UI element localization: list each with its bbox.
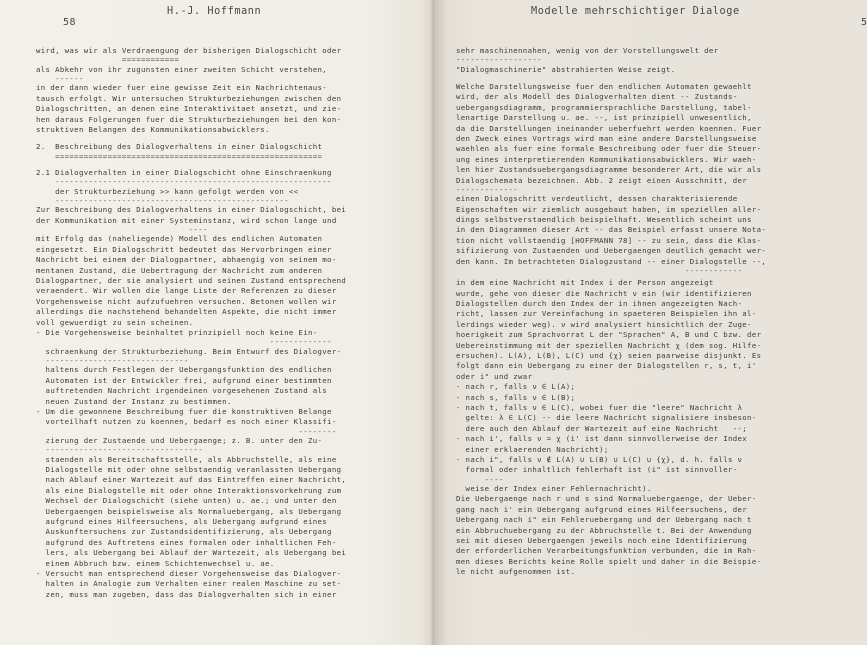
paragraph-spacer xyxy=(36,161,346,168)
text-line: - Um die gewonnene Beschreibung fuer die… xyxy=(36,407,346,417)
typed-underline: ---- xyxy=(36,226,346,234)
text-line: gang nach i' ein Uebergang aufgrund eine… xyxy=(456,505,766,515)
text-line: ersuchen). L(A), L(B), L(C) und {χ} seie… xyxy=(456,351,766,361)
text-line: lerdings wieder weg). ν wird analysiert … xyxy=(456,320,766,330)
text-line: ein Abbruchuebergang zu der Abbruchstell… xyxy=(456,526,766,536)
text-line: zen, muss man zugeben, dass das Dialogve… xyxy=(36,590,346,600)
text-line: Dialogpartner, der sie analysiert und se… xyxy=(36,276,346,286)
paragraph-spacer xyxy=(36,135,346,142)
page-number: 59 xyxy=(861,17,867,28)
text-line: lenartige Darstellung u. ae. --, ist pri… xyxy=(456,113,766,123)
text-line: oder i" und zwar xyxy=(456,372,766,382)
text-line: tion nicht vollstaendig [HOFFMANN 78] --… xyxy=(456,236,766,246)
text-line: einen Dialogschritt verdeutlicht, dessen… xyxy=(456,194,766,204)
typed-underline: -------- xyxy=(36,428,346,436)
text-line: halten in Analogie zum Verhalten einer r… xyxy=(36,579,346,589)
text-line: einem Abbruch bzw. einem Schichtenwechse… xyxy=(36,559,346,569)
text-line: waehlen als fuer eine formale Beschreibu… xyxy=(456,144,766,154)
page-number-left: 58 xyxy=(36,6,76,39)
text-line: in dem eine Nachricht mit Index i der Pe… xyxy=(456,278,766,288)
text-line: - nach t, falls ν ∈ L(C), wobei fuer die… xyxy=(456,403,766,413)
text-line: Dialogstellen durch den Index der in ihn… xyxy=(456,299,766,309)
typed-underline: ------ xyxy=(36,75,346,83)
text-line: in der dann wieder fuer eine gewisse Zei… xyxy=(36,83,346,93)
text-line: - Versucht man entsprechend dieser Vorge… xyxy=(36,569,346,579)
text-line: in den Diagrammen dieser Art -- das Beis… xyxy=(456,225,766,235)
page-number-right: 59 xyxy=(834,6,867,39)
text-line: weise der Index einer Fehlernachricht). xyxy=(456,484,766,494)
typed-underline: ----------------------------------------… xyxy=(36,197,346,205)
text-line: hen daraus Folgerungen fuer die Struktur… xyxy=(36,115,346,125)
left-page-body: wird, was wir als Verdraengung der bishe… xyxy=(36,46,346,600)
typed-underline: ------------------------------ xyxy=(36,357,346,365)
typed-underline: ---- xyxy=(456,476,766,484)
text-line: sifizierung von Zustaenden und Uebergaen… xyxy=(456,246,766,256)
text-line: mentanen Zustand, die Uebertragung der N… xyxy=(36,266,346,276)
text-line: uebergangsdiagramm, programmiersprachlic… xyxy=(456,103,766,113)
text-line: tausch erfolgt. Wir untersuchen Struktur… xyxy=(36,94,346,104)
text-line: lers, als Uebergang bei Ablauf der Warte… xyxy=(36,548,346,558)
text-line: Dialogstelle mit oder ohne selbstaendig … xyxy=(36,465,346,475)
text-line: le nicht aufgenommen ist. xyxy=(456,567,766,577)
text-line: - nach r, falls ν ∈ L(A); xyxy=(456,382,766,392)
running-head-left: H.-J. Hoffmann xyxy=(167,6,261,17)
left-page: 58 H.-J. Hoffmann wird, was wir als Verd… xyxy=(0,0,434,645)
text-line: voll gewuerdigt zu sein scheinen. xyxy=(36,318,346,328)
text-line: veraendert. Wir wollen die lange Liste d… xyxy=(36,286,346,296)
text-line: als eine Dialogstelle mit oder ohne Inte… xyxy=(36,486,346,496)
text-line: struktiven Belangen des Kommunikationsab… xyxy=(36,125,346,135)
typed-underline: ------------- xyxy=(456,186,766,194)
text-line: da die Darstellungen ineinander ueberfue… xyxy=(456,124,766,134)
text-line: men dieses Berichts keine Rolle spielt u… xyxy=(456,557,766,567)
text-line: aufgrund des Auftretens eines formalen o… xyxy=(36,538,346,548)
text-line: gelte: λ ∈ L(C) -- die leere Nachricht s… xyxy=(456,413,766,423)
text-line: folgt dann ein Uebergang zu einer der Di… xyxy=(456,361,766,371)
paragraph-spacer xyxy=(456,75,766,82)
text-line: "Dialogmaschinerie" abstrahierten Weise … xyxy=(456,65,766,75)
text-line: Vorgehensweise nicht aufzufuehren versuc… xyxy=(36,297,346,307)
text-line: ung eines interpretierenden Kommunikatio… xyxy=(456,155,766,165)
text-line: - nach i", falls ν ∉ L(A) ∪ L(B) ∪ L(C) … xyxy=(456,455,766,465)
text-line: nach Ablauf einer Wartezeit auf das Eint… xyxy=(36,475,346,485)
text-line: Wechsel der Dialogschicht (siehe unten) … xyxy=(36,496,346,506)
right-page: Modelle mehrschichtiger Dialoge 59 sehr … xyxy=(434,0,867,645)
text-line: aufgrund eines Hilfeersuchens, als Ueber… xyxy=(36,517,346,527)
text-line: Die Uebergaenge nach r und s sind Normal… xyxy=(456,494,766,504)
text-line: Automaten ist der Entwickler frei, aufgr… xyxy=(36,376,346,386)
text-line: Zur Beschreibung des Dialogverhaltens in… xyxy=(36,205,346,215)
text-line: haltens durch Festlegen der Uebergangsfu… xyxy=(36,365,346,375)
text-line: Auskunftersuchens zur Zustandsidentifizi… xyxy=(36,527,346,537)
text-line: - nach i', falls ν = χ (i' ist dann sinn… xyxy=(456,434,766,444)
text-line: allerdings die nachstehend behandelten A… xyxy=(36,307,346,317)
text-line: Nachricht bei einem der Dialogpartner, a… xyxy=(36,255,346,265)
running-head-right: Modelle mehrschichtiger Dialoge xyxy=(531,6,740,17)
right-page-body: sehr maschinennahen, wenig von der Vorst… xyxy=(456,46,766,578)
text-line: Dialogschritten, an denen eine Interakti… xyxy=(36,104,346,114)
typed-underline: ------------ xyxy=(456,267,766,275)
text-line: neuen Zustand der Instanz zu bestimmen. xyxy=(36,397,346,407)
text-line: einer erklaerenden Nachricht); xyxy=(456,445,766,455)
text-line: - nach s, falls ν ∈ L(B); xyxy=(456,393,766,403)
page-number: 58 xyxy=(63,17,76,28)
text-line: den Zweck eines Vortrags wird man eine a… xyxy=(456,134,766,144)
text-line: mit Erfolg das (naheliegende) Modell des… xyxy=(36,234,346,244)
text-line: Uebergaengen beispielsweise als Normalue… xyxy=(36,507,346,517)
text-line: dere auch den Ablauf der Wartezeit auf e… xyxy=(456,424,766,434)
text-line: hoerigkeit zum Sprachvorrat L der "Sprac… xyxy=(456,330,766,340)
typed-underline: ============ xyxy=(36,56,346,64)
text-line: staenden als Bereitschaftsstelle, als Ab… xyxy=(36,455,346,465)
text-line: wurde, gehe von dieser die Nachricht ν e… xyxy=(456,289,766,299)
text-line: Eigenschaften wir ziemlich ausgebaut hab… xyxy=(456,205,766,215)
typed-underline: ========================================… xyxy=(36,153,346,161)
text-line: sei mit diesen Uebergaengen jeweils noch… xyxy=(456,536,766,546)
typed-underline: ------------- xyxy=(36,338,346,346)
typed-underline: ----------------------------------------… xyxy=(36,178,346,186)
text-line: Welche Darstellungsweise fuer den endlic… xyxy=(456,82,766,92)
text-line: Uebereinstimmung mit der speziellen Nach… xyxy=(456,341,766,351)
typed-underline: ------------------ xyxy=(456,56,766,64)
text-line: eingesetzt. Ein Dialogschritt bedeutet d… xyxy=(36,245,346,255)
text-line: dings selbstverstaendlich beispielhaft. … xyxy=(456,215,766,225)
text-line: der erforderlichen Verarbeitungsfunktion… xyxy=(456,546,766,556)
text-line: Uebergang nach i" ein Fehleruebergang un… xyxy=(456,515,766,525)
text-line: wird, der als Modell des Dialogverhalten… xyxy=(456,92,766,102)
text-line: len hier Zustandsuebergangsdiagramme bes… xyxy=(456,165,766,175)
text-line: richt, lassen zur Vereinfachung in spaet… xyxy=(456,309,766,319)
typed-underline: --------------------------------- xyxy=(36,446,346,454)
text-line: auftretenden Nachricht irgendeinen vorge… xyxy=(36,386,346,396)
